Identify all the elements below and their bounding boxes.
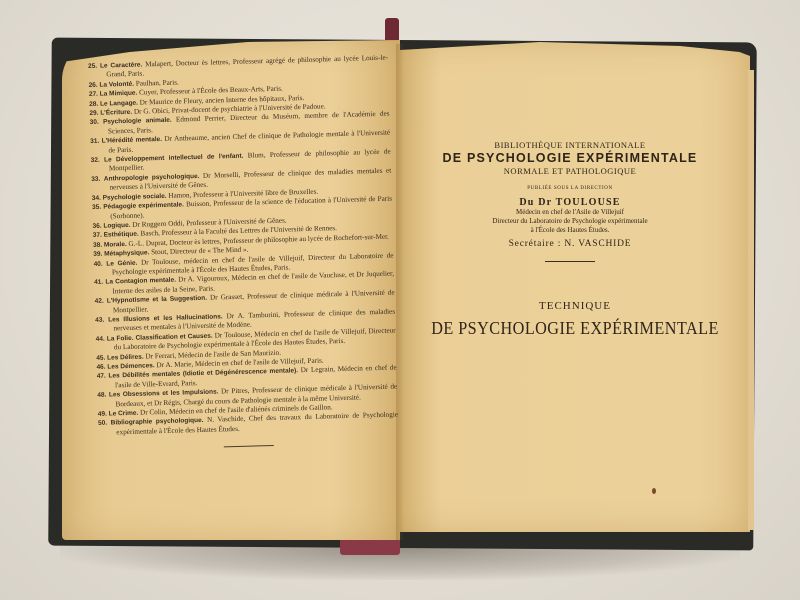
entry-number: 42.	[95, 298, 104, 305]
entry-number: 40.	[94, 260, 103, 267]
entry-number: 45.	[96, 354, 105, 361]
director-info: Médecin en chef de l'Asile de Villejuif …	[420, 208, 720, 235]
series-header: BIBLIOTHÈQUE INTERNATIONALE DE PSYCHOLOG…	[420, 140, 720, 262]
secretary: Secrétaire : N. VASCHIDE	[420, 239, 720, 249]
series-line-3: NORMALE ET PATHOLOGIQUE	[420, 166, 720, 176]
entry-number: 25.	[88, 63, 97, 70]
entry-number: 29.	[89, 110, 98, 117]
entry-author: Paulhan, Paris.	[136, 78, 179, 87]
entry-number: 47.	[97, 373, 106, 380]
entry-subject: Psychologie sociale.	[103, 193, 167, 202]
entry-number: 44.	[96, 335, 105, 342]
entry-number: 48.	[97, 392, 106, 399]
entry-number: 41.	[94, 279, 103, 286]
entry-number: 46.	[96, 364, 105, 371]
entry-subject: La Volonté.	[99, 81, 134, 89]
entry-subject: Pédagogie expérimentale.	[103, 201, 184, 210]
director-name: Du Dr TOULOUSE	[420, 197, 720, 208]
title-line-1: TECHNIQUE	[410, 300, 740, 312]
page-edge	[748, 70, 754, 530]
series-line-2: DE PSYCHOLOGIE EXPÉRIMENTALE	[420, 151, 720, 165]
entry-subject: Le Caractère.	[100, 61, 142, 69]
entry-subject: Logique.	[103, 222, 130, 230]
entry-subject: L'Hypnotisme et la Suggestion.	[107, 295, 207, 305]
entry-number: 36.	[92, 223, 101, 230]
entry-subject: Le Langage.	[100, 99, 138, 107]
entry-number: 49.	[98, 411, 107, 418]
entry-subject: Le Crime.	[109, 410, 139, 418]
entry-number: 27.	[89, 91, 98, 98]
entry-number: 37.	[93, 232, 102, 239]
entry-subject: Esthétique.	[104, 231, 139, 239]
entry-subject: Métaphysique.	[104, 249, 149, 257]
series-volume-list: 25. Le Caractère. Malapert, Docteur ès l…	[88, 54, 399, 451]
divider-rule	[545, 261, 595, 262]
entry-number: 39.	[93, 251, 102, 258]
entry-number: 30.	[90, 119, 99, 126]
director-info-line: Médecin en chef de l'Asile de Villejuif	[420, 208, 720, 217]
entry-subject: Morale.	[104, 241, 127, 249]
gutter	[396, 44, 404, 540]
entry-number: 50.	[98, 420, 107, 427]
director-info-line: à l'École des Hautes Études.	[420, 226, 720, 235]
entry-number: 38.	[93, 241, 102, 248]
entry-subject: Psychologie animale.	[103, 117, 172, 126]
entry-subject: La Contagion mentale.	[105, 277, 176, 286]
entry-subject: Les Démences.	[107, 362, 155, 370]
entry-number: 35.	[92, 204, 101, 211]
entry-subject: L'Hérédité mentale.	[102, 136, 163, 145]
entry-number: 43.	[95, 317, 104, 324]
series-line-1: BIBLIOTHÈQUE INTERNATIONALE	[420, 140, 720, 150]
entry-subject: Le Développement intellectuel de l'enfan…	[104, 153, 244, 164]
title-line-2: DE PSYCHOLOGIE EXPÉRIMENTALE	[427, 318, 724, 339]
entry-number: 26.	[89, 82, 98, 89]
published-line: PUBLIÉE SOUS LA DIRECTION	[420, 186, 720, 191]
entry-number: 33.	[91, 176, 100, 183]
entry-number: 28.	[89, 100, 98, 107]
entry-number: 34.	[92, 194, 101, 201]
paper-stain	[652, 488, 656, 494]
entry-subject: Les Délires.	[107, 353, 144, 361]
director-info-line: Directeur du Laboratoire de Psychologie …	[420, 217, 720, 226]
entry-subject: Le Génie.	[106, 259, 137, 267]
entry-number: 31.	[90, 138, 99, 145]
entry-subject: L'Écriture.	[100, 109, 132, 117]
right-page	[400, 42, 750, 532]
book-title: TECHNIQUE DE PSYCHOLOGIE EXPÉRIMENTALE	[410, 300, 740, 339]
entry-number: 32.	[91, 157, 100, 164]
entry-subject: La Mimique.	[100, 90, 138, 98]
